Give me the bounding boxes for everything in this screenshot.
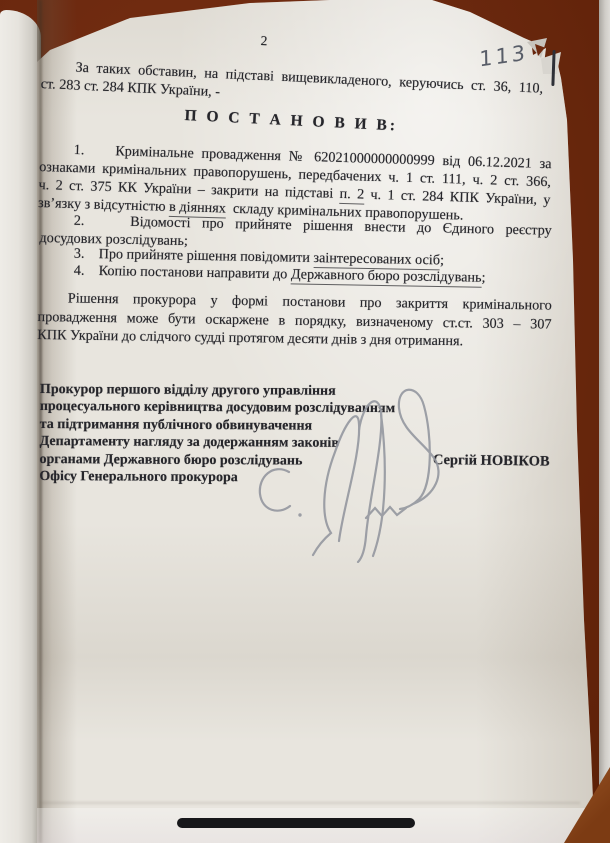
page-number: 2 (260, 32, 267, 50)
photo-of-document: 2 113 За таких обставин, на підставі вищ… (0, 0, 610, 843)
appeal-paragraph: Рішення прокурора у формі постанови про … (37, 289, 552, 352)
home-indicator-handle[interactable] (177, 818, 415, 828)
underlined-text: Державного бюро розслідувань (291, 266, 482, 287)
facing-page-edge (0, 10, 41, 843)
text-run: ; (481, 270, 485, 286)
handwritten-signature (235, 368, 470, 563)
text-run: ; (440, 252, 444, 268)
underlined-text: п. 2 (339, 186, 364, 205)
text-run: 4. Копію постанови направити до (74, 263, 291, 283)
photo-right-edge (599, 0, 610, 843)
